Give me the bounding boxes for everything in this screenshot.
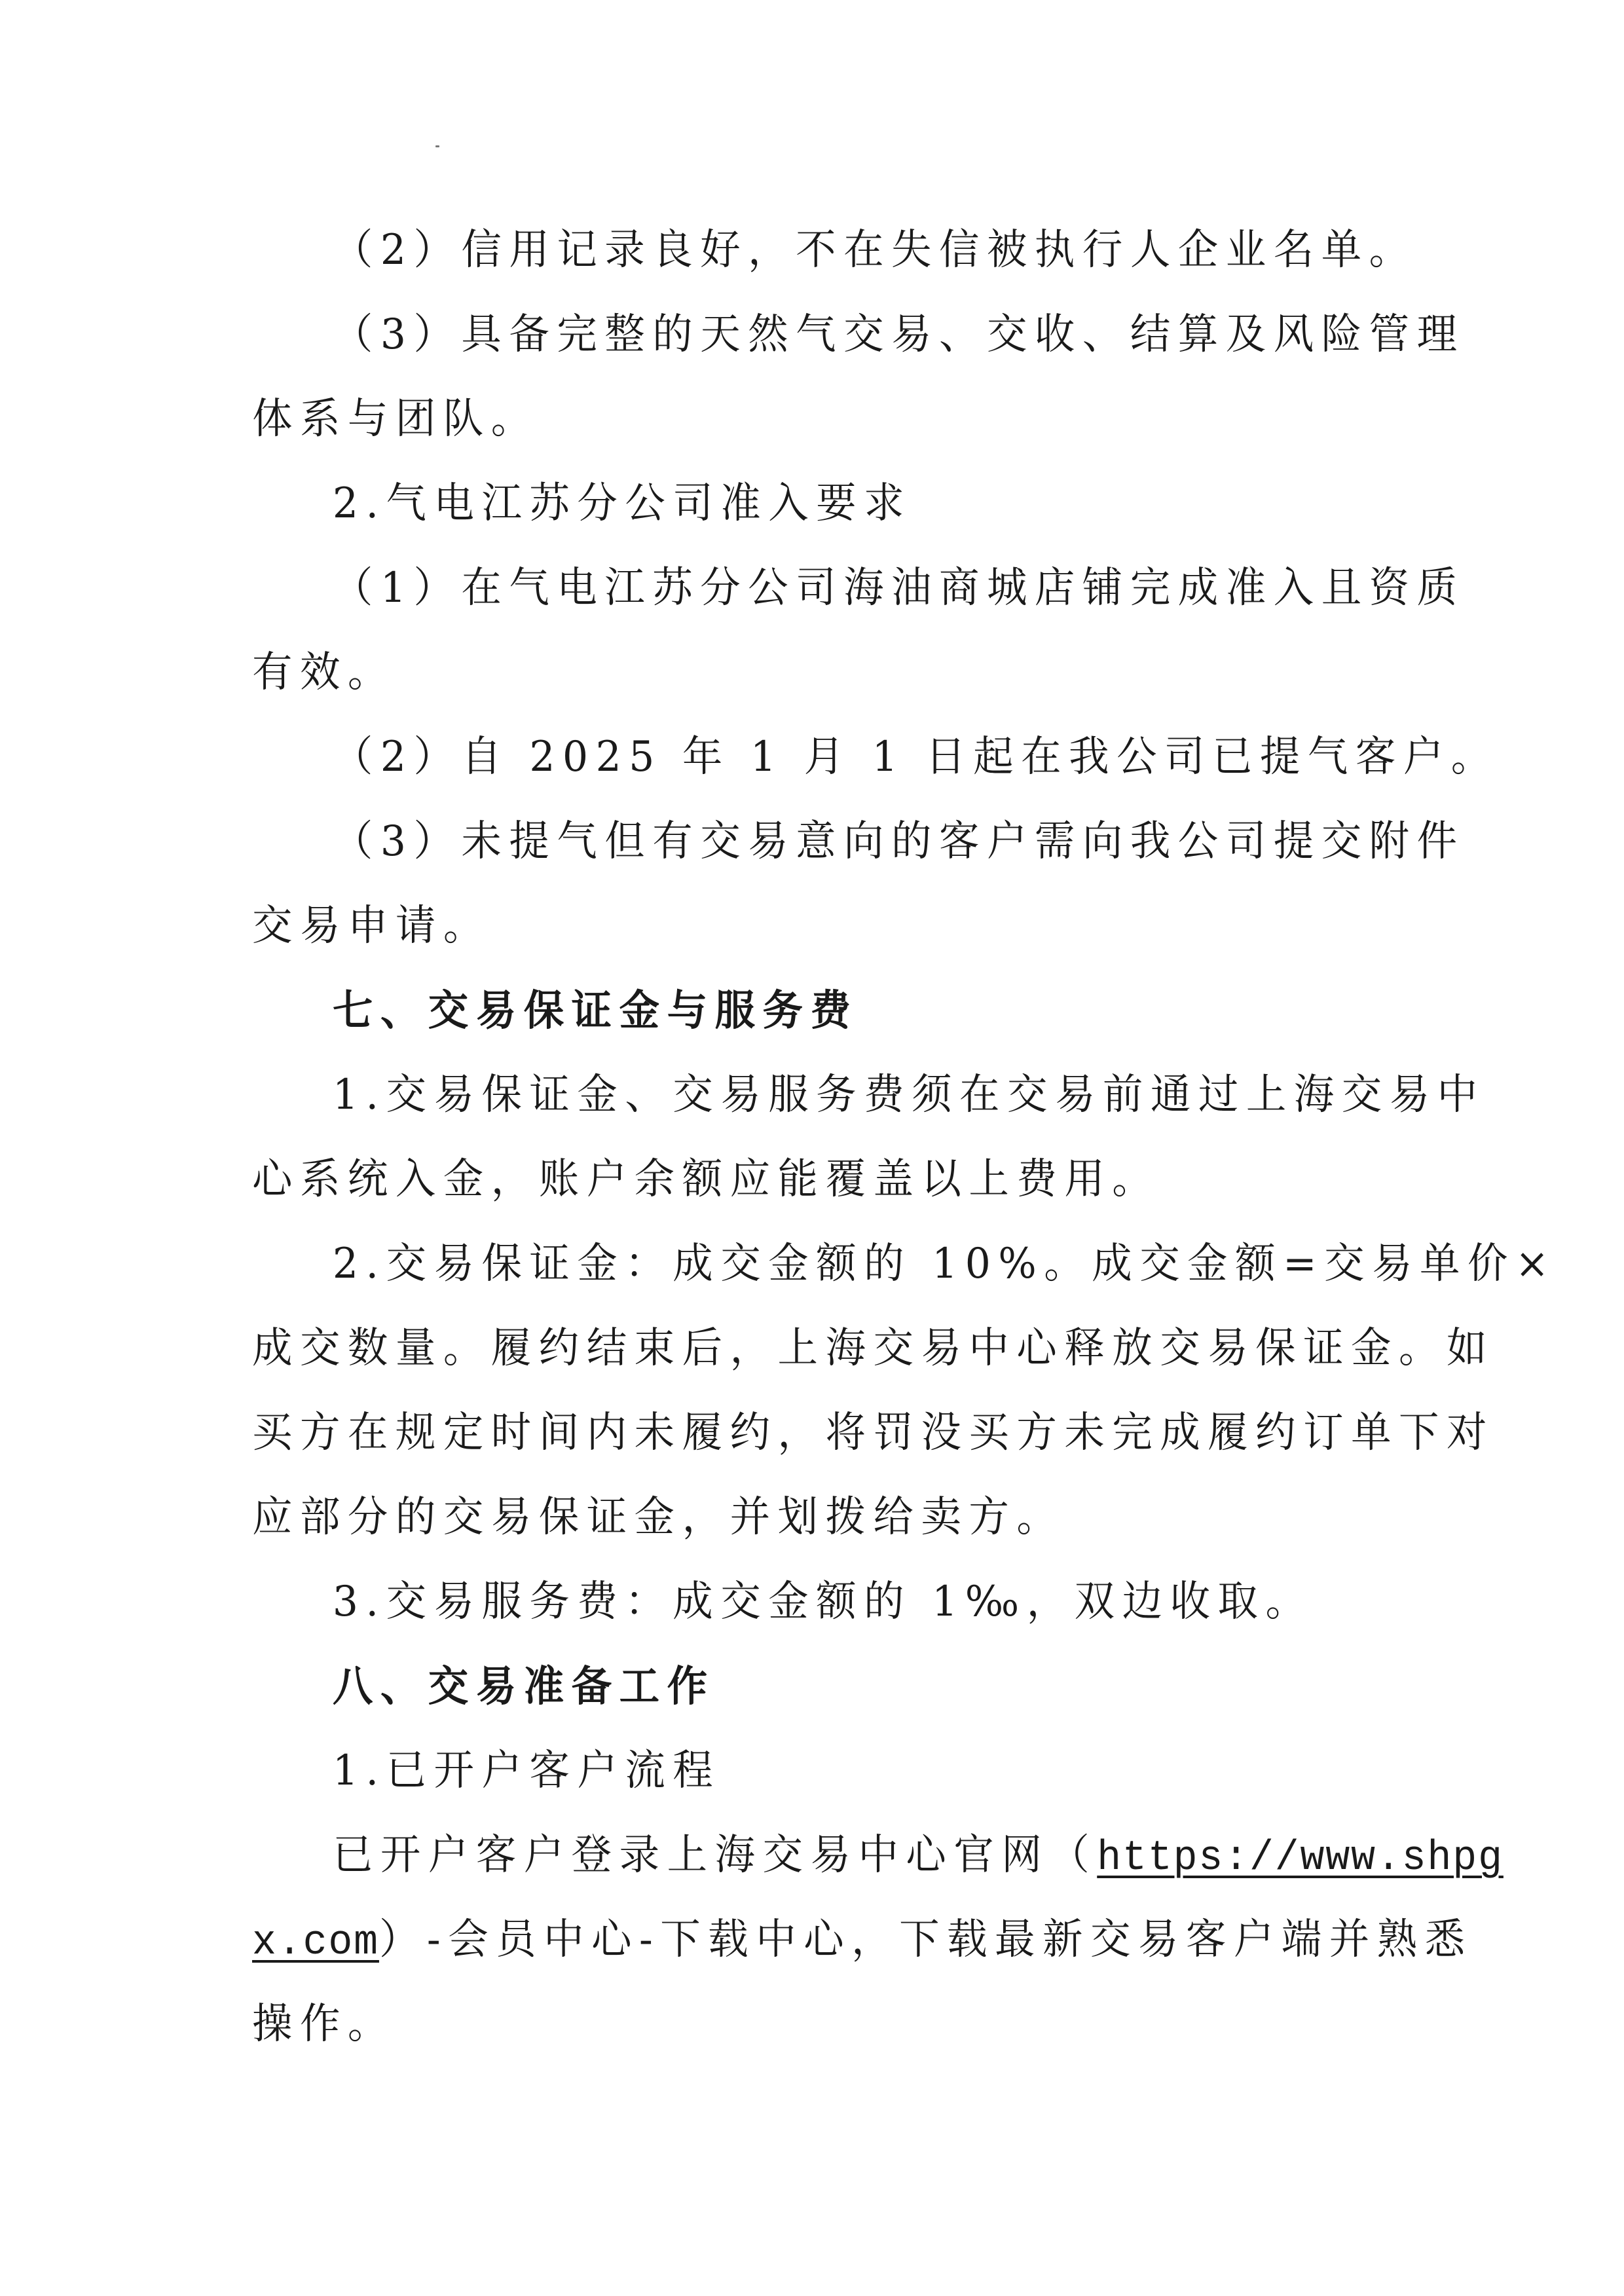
- paragraph-line: 交易申请。: [252, 884, 1333, 969]
- website-link[interactable]: https://www.shpg: [1097, 1835, 1504, 1882]
- paragraph-line: 2.交易保证金：成交金额的 10%。成交金额=交易单价×: [252, 1222, 1333, 1306]
- paragraph-line: 有效。: [252, 631, 1333, 715]
- paragraph-line: 体系与团队。: [252, 377, 1333, 462]
- paragraph-line: x.com）-会员中心-下载中心，下载最新交易客户端并熟悉: [252, 1898, 1333, 1982]
- paragraph-line: 3.交易服务费：成交金额的 1‰，双边收取。: [252, 1560, 1333, 1644]
- paragraph-line: （3）具备完整的天然气交易、交收、结算及风险管理: [252, 293, 1333, 377]
- paragraph-text: 已开户客户登录上海交易中心官网（: [333, 1831, 1097, 1879]
- paragraph-line: 1.交易保证金、交易服务费须在交易前通过上海交易中: [252, 1053, 1333, 1138]
- paragraph-text: ）-会员中心-下载中心，下载最新交易客户端并熟悉: [379, 1916, 1473, 1964]
- website-link-continued[interactable]: x.com: [252, 1919, 379, 1967]
- paragraph-line: 已开户客户登录上海交易中心官网（https://www.shpg: [252, 1813, 1333, 1898]
- paragraph-line: 操作。: [252, 1982, 1333, 2067]
- subheading: 1.已开户客户流程: [252, 1729, 1333, 1813]
- document-page: （2）信用记录良好，不在失信被执行人企业名单。 （3）具备完整的天然气交易、交收…: [252, 208, 1378, 2067]
- section-heading-7: 七、交易保证金与服务费: [252, 969, 1333, 1053]
- subheading: 2.气电江苏分公司准入要求: [252, 462, 1333, 546]
- scan-speck: [435, 145, 439, 147]
- paragraph-line: （2）信用记录良好，不在失信被执行人企业名单。: [252, 208, 1333, 293]
- paragraph-line: （1）在气电江苏分公司海油商城店铺完成准入且资质: [252, 546, 1333, 631]
- paragraph-line: 成交数量。履约结束后，上海交易中心释放交易保证金。如: [252, 1306, 1333, 1391]
- paragraph-line: （3）未提气但有交易意向的客户需向我公司提交附件: [252, 800, 1333, 884]
- section-heading-8: 八、交易准备工作: [252, 1644, 1333, 1729]
- paragraph-line: 心系统入金，账户余额应能覆盖以上费用。: [252, 1138, 1333, 1222]
- paragraph-line: （2）自 2025 年 1 月 1 日起在我公司已提气客户。: [252, 715, 1333, 800]
- paragraph-line: 买方在规定时间内未履约，将罚没买方未完成履约订单下对: [252, 1391, 1333, 1475]
- paragraph-line: 应部分的交易保证金，并划拨给卖方。: [252, 1475, 1333, 1560]
